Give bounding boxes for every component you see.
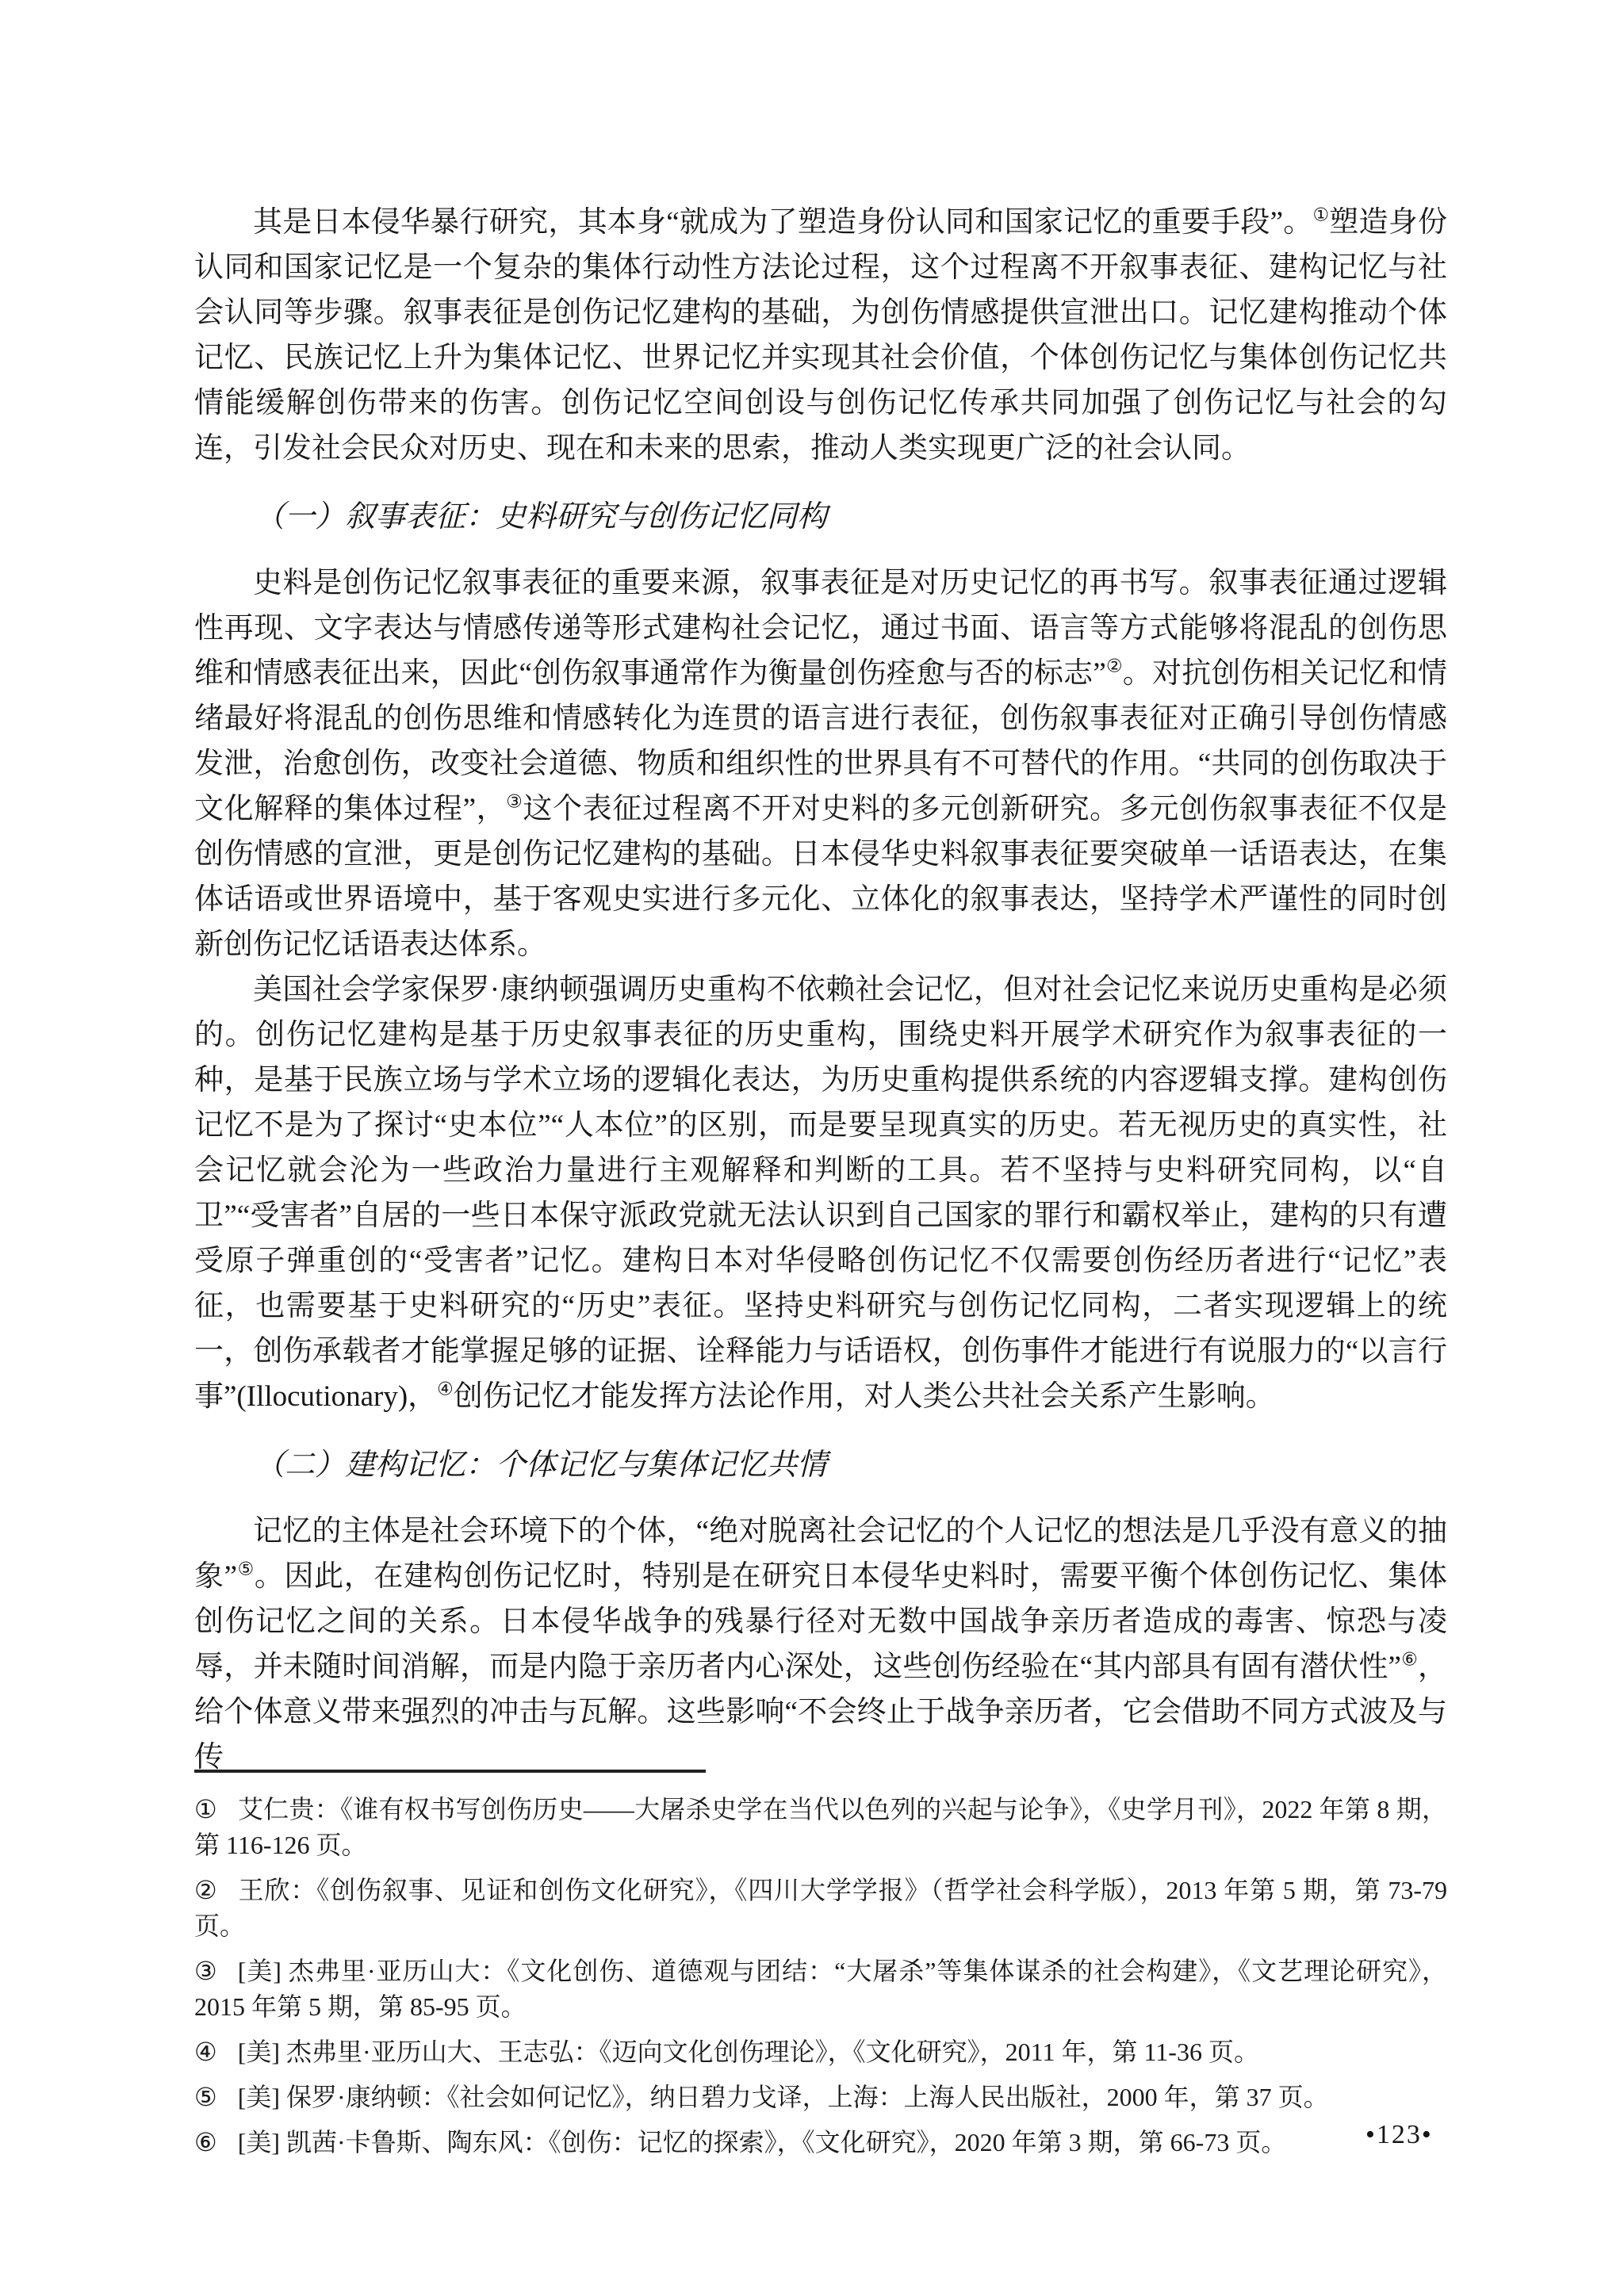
footnote-marker: ④ [194,2034,217,2070]
footnote-item: ③[美] 杰弗里·亚历山大：《文化创伤、道德观与团结：“大屠杀”等集体谋杀的社会… [194,1954,1447,2025]
footnote-text: [美] 凯茜·卡鲁斯、陶东风：《创伤：记忆的探索》，《文化研究》，2020 年第… [238,2128,1287,2156]
page-number: •123• [1365,2120,1433,2150]
footnote-marker: ⑥ [194,2125,217,2160]
footnotes-section: ①艾仁贵：《谁有权书写创伤历史——大屠杀史学在当代以色列的兴起与论争》，《史学月… [194,1770,1447,2170]
footnote-reference: ⑤ [237,1559,255,1579]
body-paragraph: 其是日本侵华暴行研究，其本身“就成为了塑造身份认同和国家记忆的重要手段”。①塑造… [194,200,1447,471]
footnote-reference: ⑥ [1401,1650,1418,1670]
section-heading: （二）建构记忆：个体记忆与集体记忆共情 [194,1443,1447,1488]
footnote-text: 王欣：《创伤叙事、见证和创伤文化研究》，《四川大学学报》（哲学社会科学版），20… [194,1876,1447,1940]
footnote-item: ①艾仁贵：《谁有权书写创伤历史——大屠杀史学在当代以色列的兴起与论争》，《史学月… [194,1792,1447,1863]
footnote-reference: ④ [437,1380,454,1399]
footnote-item: ④[美] 杰弗里·亚历山大、王志弘：《迈向文化创伤理论》，《文化研究》，2011… [194,2034,1447,2070]
footnote-marker: ⑤ [194,2080,217,2115]
footnote-item: ②王欣：《创伤叙事、见证和创伤文化研究》，《四川大学学报》（哲学社会科学版），2… [194,1873,1447,1944]
footnote-text: [美] 保罗·康纳顿：《社会如何记忆》，纳日碧力戈译，上海：上海人民出版社，20… [238,2083,1329,2111]
footnote-list: ①艾仁贵：《谁有权书写创伤历史——大屠杀史学在当代以色列的兴起与论争》，《史学月… [194,1792,1447,2160]
article-body: 其是日本侵华暴行研究，其本身“就成为了塑造身份认同和国家记忆的重要手段”。①塑造… [194,200,1447,1774]
footnote-separator-rule [194,1770,706,1773]
footnote-marker: ③ [194,1954,217,1989]
body-paragraph: 史料是创伤记忆叙事表征的重要来源，叙事表征是对历史记忆的再书写。叙事表征通过逻辑… [194,561,1447,967]
footnote-reference: ② [1106,656,1123,676]
footnote-item: ⑥[美] 凯茜·卡鲁斯、陶东风：《创伤：记忆的探索》，《文化研究》，2020 年… [194,2125,1447,2160]
footnote-text: [美] 杰弗里·亚历山大、王志弘：《迈向文化创伤理论》，《文化研究》，2011 … [238,2038,1259,2066]
section-heading: （一）叙事表征：史料研究与创伤记忆同构 [194,495,1447,540]
footnote-reference: ① [1313,205,1330,225]
body-paragraph: 美国社会学家保罗·康纳顿强调历史重构不依赖社会记忆，但对社会记忆来说历史重构是必… [194,967,1447,1419]
document-page: 其是日本侵华暴行研究，其本身“就成为了塑造身份认同和国家记忆的重要手段”。①塑造… [0,0,1624,2296]
footnote-text: [美] 杰弗里·亚历山大：《文化创伤、道德观与团结：“大屠杀”等集体谋杀的社会构… [194,1957,1447,2021]
body-paragraph: 记忆的主体是社会环境下的个体，“绝对脱离社会记忆的个人记忆的想法是几乎没有意义的… [194,1509,1447,1774]
footnote-text: 艾仁贵：《谁有权书写创伤历史——大屠杀史学在当代以色列的兴起与论争》，《史学月刊… [194,1795,1447,1859]
footnote-item: ⑤[美] 保罗·康纳顿：《社会如何记忆》，纳日碧力戈译，上海：上海人民出版社，2… [194,2080,1447,2115]
footnote-marker: ① [194,1792,217,1827]
footnote-marker: ② [194,1873,217,1908]
footnote-reference: ③ [506,792,523,812]
